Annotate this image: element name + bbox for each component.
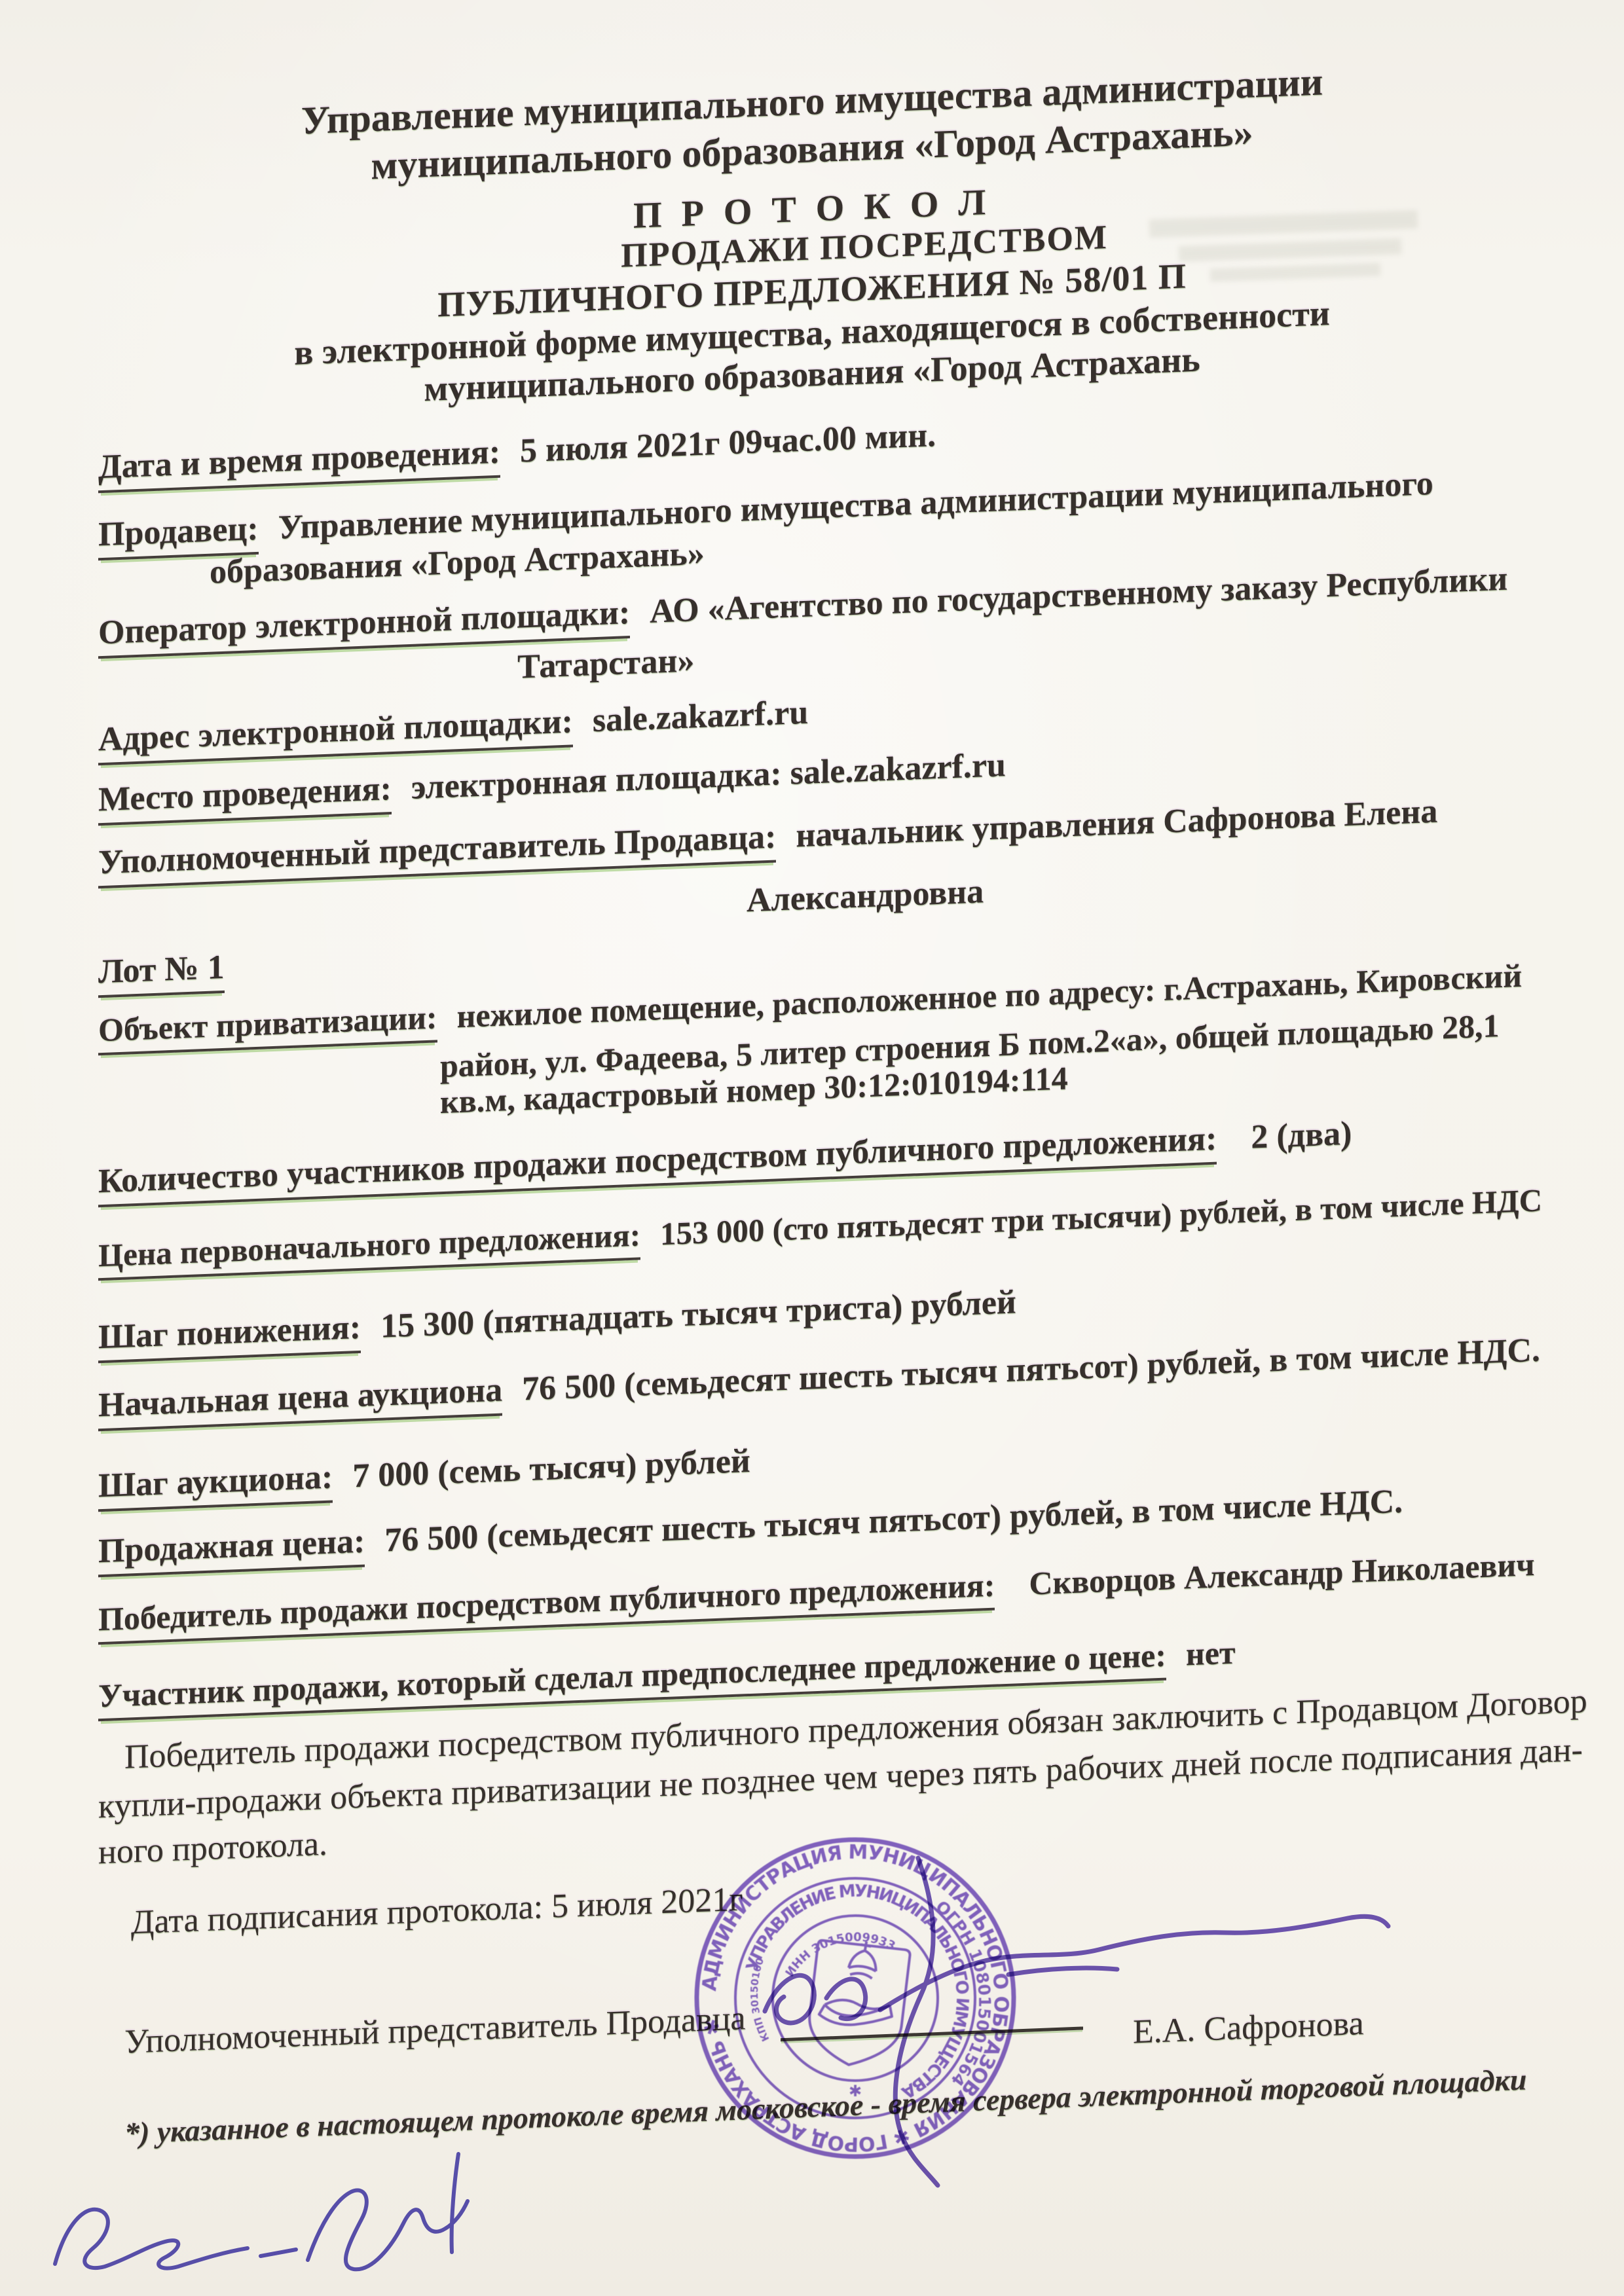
field-participants-label: Количество участников продажи посредство… xyxy=(98,1120,1217,1208)
field-operator-value-line2: Татарстан» xyxy=(517,641,694,687)
field-representative-label: Уполномоченный представитель Продавца: xyxy=(98,818,776,888)
field-date-time: Дата и время проведения:5 июля 2021г 09ч… xyxy=(98,416,936,487)
field-step-down: Шаг понижения:15 300 (пятнадцать тысяч т… xyxy=(98,1283,1016,1357)
field-auction-start-price-label: Начальная цена аукциона xyxy=(98,1372,502,1432)
scanned-protocol-page: Управление муниципального имущества адми… xyxy=(0,0,1624,2296)
field-auction-step-label: Шаг аукциона: xyxy=(98,1458,333,1512)
field-auction-step: Шаг аукциона:7 000 (семь тысяч) рублей xyxy=(98,1442,750,1506)
signing-date: Дата подписания протокола: 5 июля 2021г xyxy=(131,1880,743,1942)
field-platform-address: Адрес электронной площадки:sale.zakazrf.… xyxy=(98,693,808,759)
field-representative-value-line2: Александровна xyxy=(747,872,984,920)
field-venue-label: Место проведения: xyxy=(98,770,392,826)
field-winner-value: Скворцов Александр Николаевич xyxy=(1029,1546,1534,1602)
field-step-down-label: Шаг понижения: xyxy=(98,1309,361,1363)
footnote: *) указанное в настоящем протоколе время… xyxy=(124,2062,1526,2151)
field-participants: Количество участников продажи посредство… xyxy=(98,1114,1352,1201)
field-step-down-value: 15 300 (пятнадцать тысяч триста) рублей xyxy=(380,1283,1016,1345)
printed-text-layer: Управление муниципального имущества адми… xyxy=(0,0,1624,2296)
signature-name: Е.А. Сафронова xyxy=(1133,2004,1364,2052)
field-platform-address-value: sale.zakazrf.ru xyxy=(593,694,808,740)
field-initial-price-value: 153 000 (сто пятьдесят три тысячи) рубле… xyxy=(660,1182,1542,1252)
field-runnerup-value: нет xyxy=(1186,1634,1236,1673)
signature-line xyxy=(781,2026,1083,2041)
field-participants-value: 2 (два) xyxy=(1251,1115,1352,1156)
signature-caption: Уполномоченный представитель Продавца xyxy=(124,1999,746,2062)
field-object-label: Объект приватизации: xyxy=(98,998,437,1055)
field-representative-value: начальник управления Сафронова Елена xyxy=(796,793,1437,855)
field-auction-start-price-value: 76 500 (семьдесят шесть тысяч пятьсот) р… xyxy=(522,1332,1540,1408)
field-winner-label: Победитель продажи посредством публичног… xyxy=(98,1567,995,1645)
field-sale-price-value: 76 500 (семьдесят шесть тысяч пятьсот) р… xyxy=(384,1483,1403,1559)
field-venue-value: электронная площадка: sale.zakazrf.ru xyxy=(411,746,1006,807)
field-date-time-label: Дата и время проведения: xyxy=(98,433,500,494)
field-auction-step-value: 7 000 (семь тысяч) рублей xyxy=(352,1442,750,1495)
lot-heading: Лот № 1 xyxy=(98,948,225,992)
field-date-time-value: 5 июля 2021г 09час.00 мин. xyxy=(520,416,936,469)
field-initial-price-label: Цена первоначального предложения: xyxy=(98,1216,640,1281)
field-sale-price-label: Продажная цена: xyxy=(98,1523,365,1578)
field-operator-value: АО «Агентство по государственному заказу… xyxy=(650,560,1507,630)
field-platform-address-label: Адрес электронной площадки: xyxy=(98,702,573,765)
closing-paragraph-line3: ного протокола. xyxy=(98,1825,327,1872)
lot-heading-label: Лот № 1 xyxy=(98,949,225,998)
